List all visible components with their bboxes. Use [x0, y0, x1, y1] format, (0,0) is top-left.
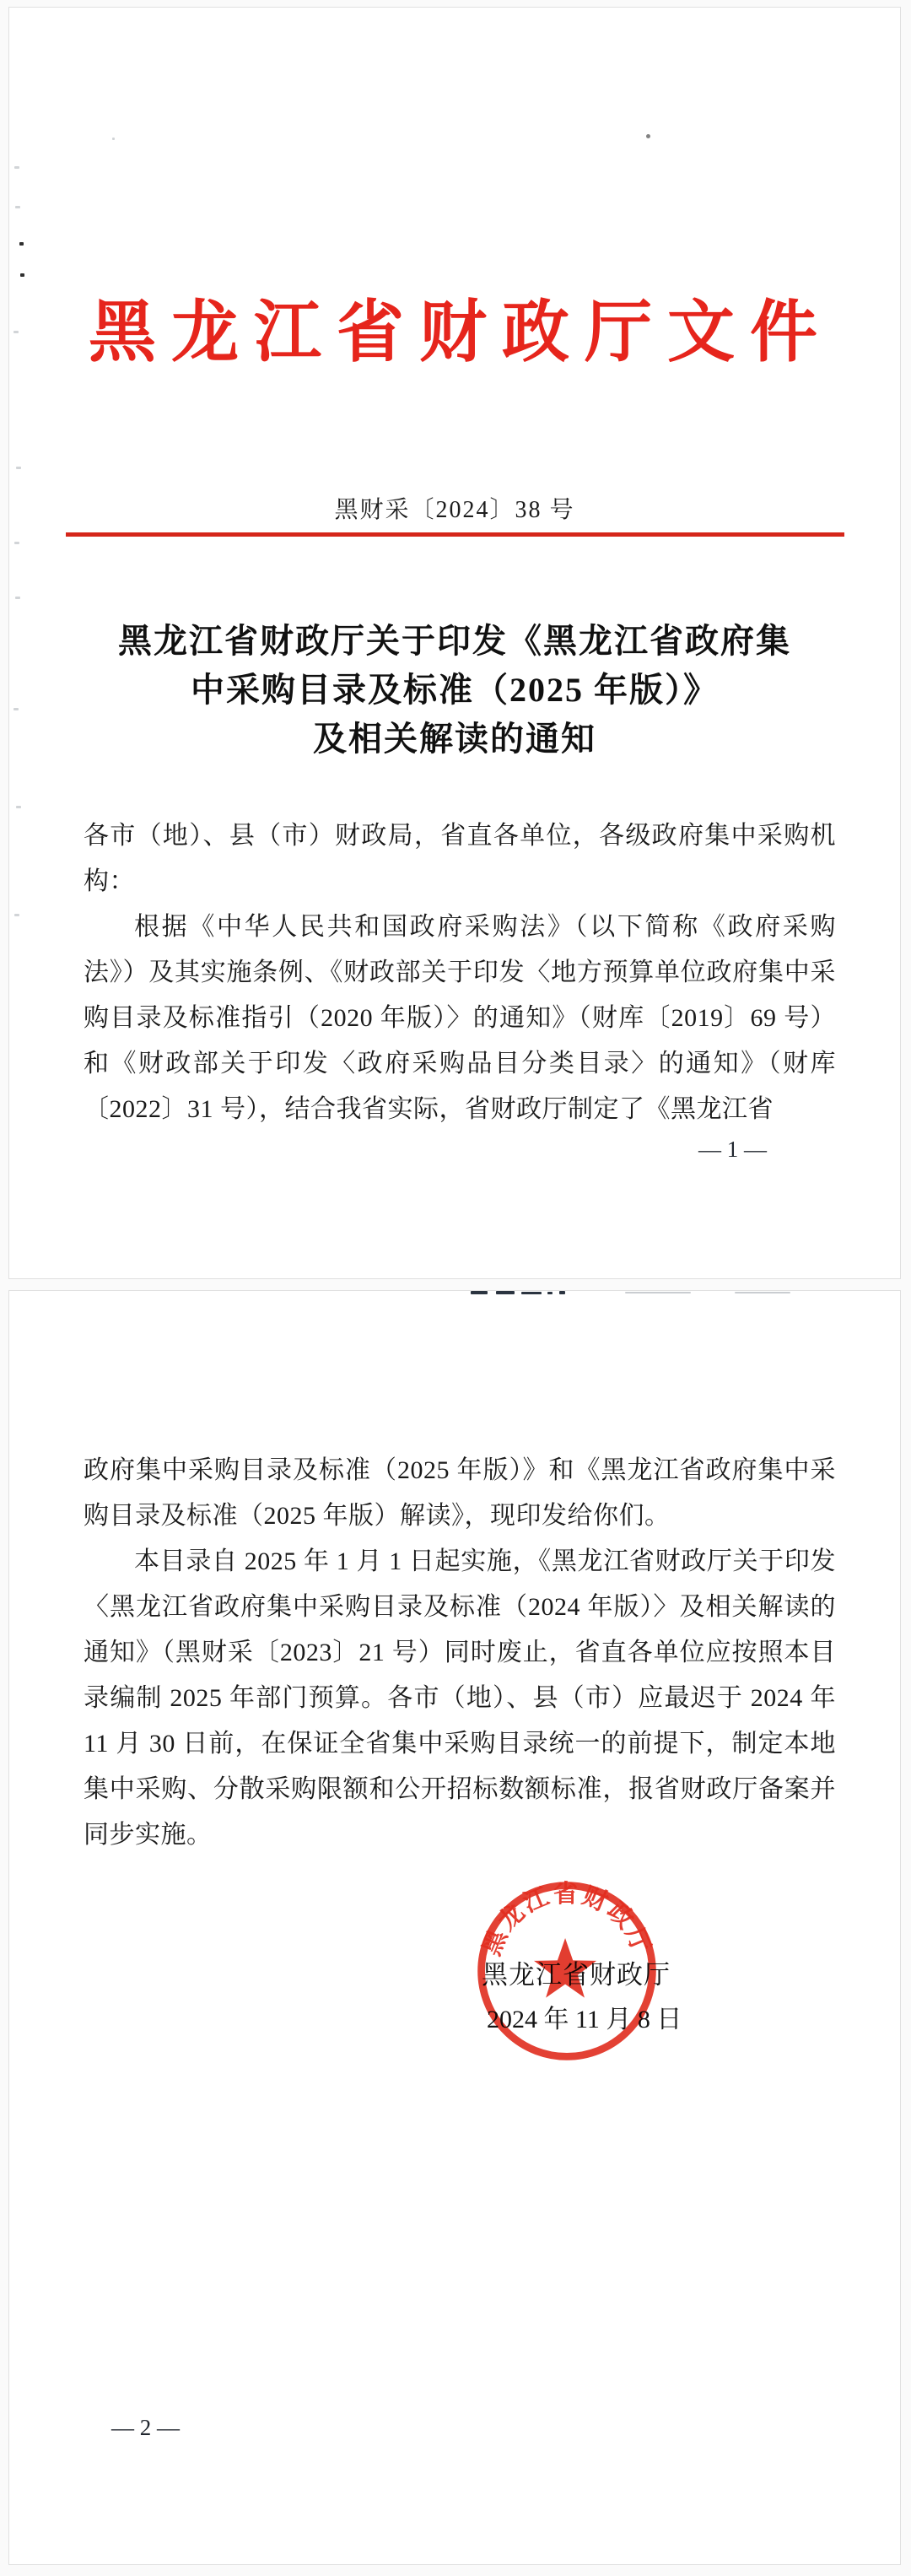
document-page-2: 政府集中采购目录及标准（2025 年版）》和《黑龙江省政府集中采购目录及标准（2…	[8, 1290, 901, 2565]
page1-page-number: — 1 —	[698, 1137, 767, 1162]
scan-edge-mark	[496, 1291, 515, 1294]
scan-speck	[14, 542, 19, 544]
org-header-red-banner: 黑龙江省财政厅文件	[9, 291, 900, 375]
scan-edge-mark	[559, 1291, 565, 1294]
scan-speck	[646, 134, 650, 138]
scan-speck	[20, 273, 24, 277]
page1-paragraph-main: 根据《中华人民共和国政府采购法》（以下简称《政府采购法》）及其实施条例、《财政部…	[84, 905, 836, 1132]
scan-speck	[15, 206, 20, 208]
document-title: 黑龙江省财政厅关于印发《黑龙江省政府集 中采购目录及标准（2025 年版）》 及…	[9, 617, 900, 764]
scan-speck	[13, 708, 19, 710]
scan-edge-mark	[625, 1292, 691, 1293]
document-page-1: 黑龙江省财政厅文件 黑财采〔2024〕38 号 黑龙江省财政厅关于印发《黑龙江省…	[8, 7, 901, 1279]
document-number: 黑财采〔2024〕38 号	[9, 495, 900, 526]
scan-speck	[16, 467, 21, 469]
scan-edge-mark	[735, 1292, 790, 1293]
page2-body: 政府集中采购目录及标准（2025 年版）》和《黑龙江省政府集中采购目录及标准（2…	[84, 1448, 836, 1858]
document-title-line-2: 中采购目录及标准（2025 年版）》	[9, 666, 900, 715]
page1-body: 各市（地）、县（市）财政局，省直各单位，各级政府集中采购机构： 根据《中华人民共…	[84, 813, 836, 1132]
scan-speck	[16, 806, 21, 808]
scan-edge-mark	[471, 1291, 488, 1294]
scan-speck	[13, 331, 19, 333]
red-divider-rule	[66, 532, 844, 537]
scan-speck	[14, 166, 19, 169]
page1-paragraph-salutation: 各市（地）、县（市）财政局，省直各单位，各级政府集中采购机构：	[84, 813, 836, 905]
document-title-line-1: 黑龙江省财政厅关于印发《黑龙江省政府集	[9, 617, 900, 666]
page2-paragraph-continuation: 政府集中采购目录及标准（2025 年版）》和《黑龙江省政府集中采购目录及标准（2…	[84, 1448, 836, 1539]
scan-speck	[14, 914, 19, 916]
page2-page-number: — 2 —	[111, 2415, 180, 2440]
page2-paragraph-implementation: 本目录自 2025 年 1 月 1 日起实施，《黑龙江省财政厅关于印发〈黑龙江省…	[84, 1539, 836, 1858]
document-title-line-3: 及相关解读的通知	[9, 715, 900, 764]
official-red-seal: 黑龙江省财政厅	[468, 1872, 666, 2070]
scan-speck	[19, 242, 24, 246]
scan-edge-mark	[521, 1292, 542, 1294]
scan-speck	[112, 138, 115, 140]
scan-edge-mark	[547, 1292, 553, 1294]
scan-speck	[15, 597, 20, 599]
seal-star-icon	[534, 1938, 596, 1998]
